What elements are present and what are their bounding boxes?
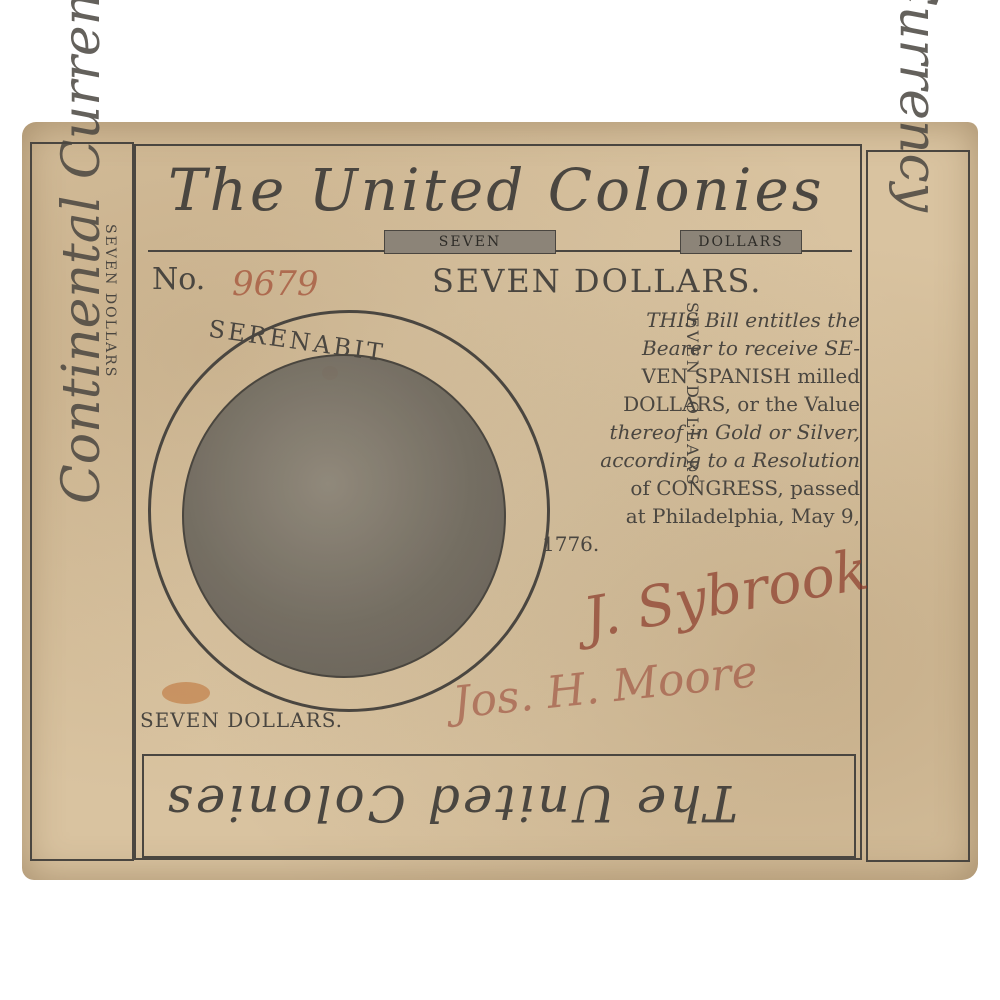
banknote: Continental Currency SEVEN DOLLARS Conti… [22, 122, 978, 880]
bill-text-line: thereof in Gold or Silver, [542, 418, 860, 446]
bill-text-line: of CONGRESS, passed [542, 474, 860, 502]
bill-text-line: DOLLARS, or the Value [542, 390, 860, 418]
bill-text: THIS Bill entitles the Bearer to receive… [542, 306, 860, 558]
header-title: The United Colonies [168, 156, 825, 224]
bill-text-line: at Philadelphia, May 9, [542, 502, 860, 530]
seal-emblem [182, 354, 506, 678]
left-border-panel: Continental Currency SEVEN DOLLARS [30, 142, 134, 861]
bottom-denomination: SEVEN DOLLARS. [140, 708, 343, 732]
header-box-dollars: DOLLARS [680, 230, 802, 254]
left-border-small-text: SEVEN DOLLARS [102, 224, 118, 378]
header-band: The United Colonies SEVEN DOLLARS [148, 152, 852, 252]
serial-number: 9679 [232, 264, 319, 304]
bill-text-line: Bearer to receive SE- [542, 334, 860, 362]
right-border-script: Continental Currency [888, 0, 948, 212]
footer-title-inverted: The United Colonies [164, 774, 738, 832]
header-box-seven: SEVEN [384, 230, 556, 254]
right-border-panel: Continental Currency SEVEN DOLLARS [866, 150, 970, 862]
serial-label: No. [152, 262, 205, 297]
footer-band: The United Colonies [142, 754, 856, 858]
bill-text-line: VEN SPANISH milled [542, 362, 860, 390]
bill-text-line: according to a Resolution [542, 446, 860, 474]
bill-text-line: THIS Bill entitles the [542, 306, 860, 334]
denomination-title: SEVEN DOLLARS. [432, 262, 762, 300]
